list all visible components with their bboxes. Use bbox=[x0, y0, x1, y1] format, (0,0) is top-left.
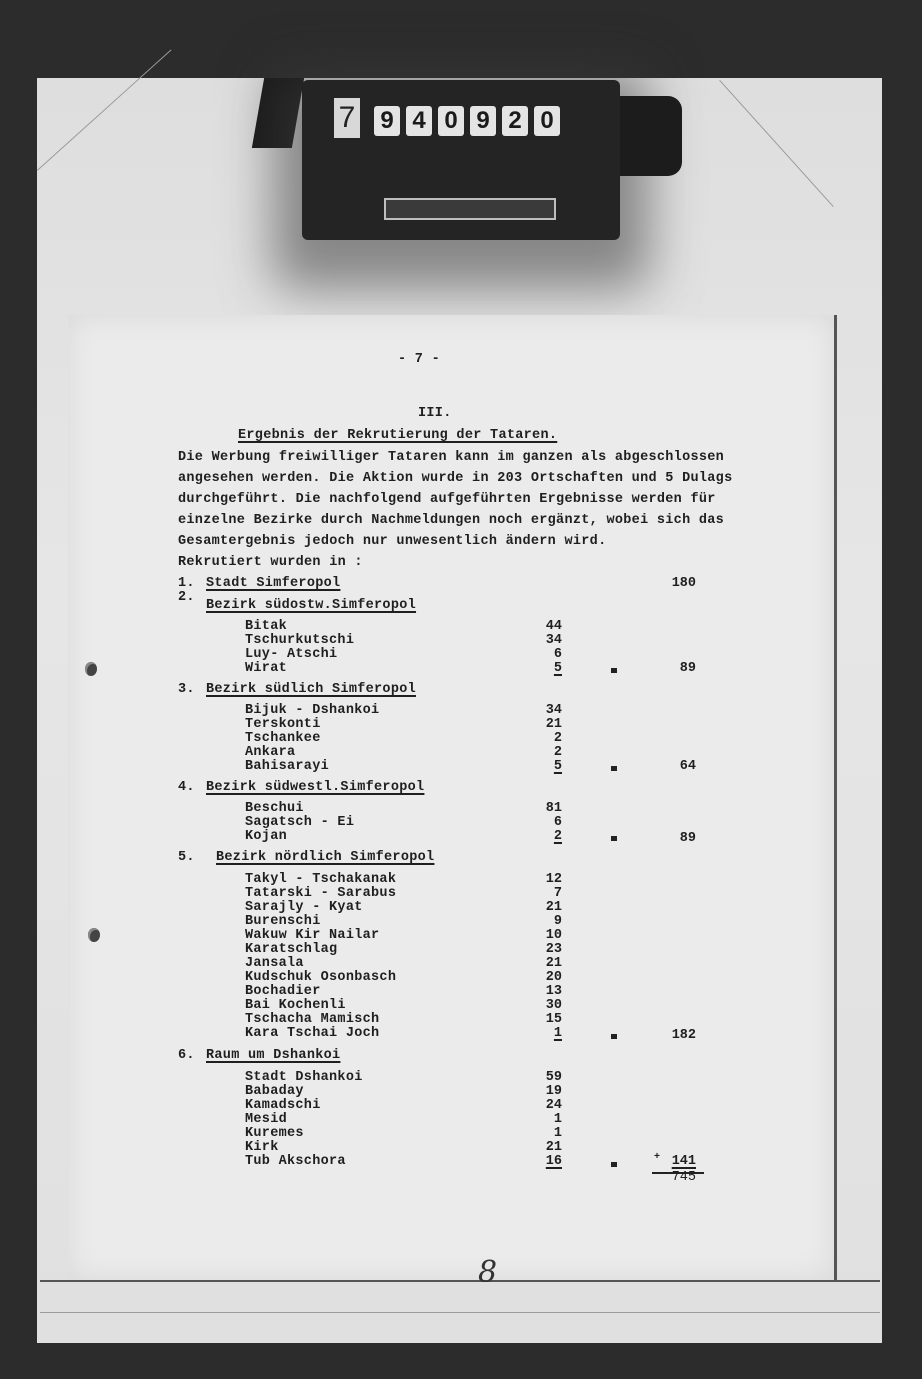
place-name: Terskonti bbox=[245, 717, 321, 732]
intro-line: Gesamtergebnis jedoch nur unwesentlich ä… bbox=[178, 534, 606, 549]
place-name: Takyl - Tschakanak bbox=[245, 872, 396, 887]
place-name: Karatschlag bbox=[245, 942, 337, 957]
place-count: 44 bbox=[522, 619, 562, 634]
place-count: 7 bbox=[522, 886, 562, 901]
place-name: Bai Kochenli bbox=[245, 998, 346, 1013]
section-number: III. bbox=[418, 406, 452, 421]
place-count: 2 bbox=[522, 829, 562, 844]
district-name: Bezirk südlich Simferopol bbox=[206, 682, 416, 697]
district-total: 89 bbox=[646, 661, 696, 676]
place-name: Burenschi bbox=[245, 914, 321, 929]
equals-dash bbox=[611, 668, 617, 673]
intro-line: angesehen werden. Die Aktion wurde in 20… bbox=[178, 471, 733, 486]
place-name: Kojan bbox=[245, 829, 287, 844]
place-count: 21 bbox=[522, 900, 562, 915]
district-total: 89 bbox=[646, 831, 696, 846]
place-count: 5 bbox=[522, 661, 562, 676]
place-name: Kuremes bbox=[245, 1126, 304, 1141]
place-count: 1 bbox=[522, 1126, 562, 1141]
place-name: Tschurkutschi bbox=[245, 633, 354, 648]
section-title: Ergebnis der Rekrutierung der Tataren. bbox=[238, 428, 557, 443]
place-name: Wirat bbox=[245, 661, 287, 676]
place-count: 6 bbox=[522, 647, 562, 662]
place-count: 59 bbox=[522, 1070, 562, 1085]
district-name: Bezirk nördlich Simferopol bbox=[216, 850, 434, 865]
intro-line: Die Werbung freiwilliger Tataren kann im… bbox=[178, 450, 724, 465]
place-count: 21 bbox=[522, 1140, 562, 1155]
place-name: Mesid bbox=[245, 1112, 287, 1127]
district-number: 5. bbox=[178, 850, 195, 865]
place-count: 5 bbox=[522, 759, 562, 774]
place-count: 10 bbox=[522, 928, 562, 943]
district-number: 6. bbox=[178, 1048, 195, 1063]
place-name: Sagatsch - Ei bbox=[245, 815, 354, 830]
equals-dash bbox=[611, 766, 617, 771]
place-name: Tschacha Mamisch bbox=[245, 1012, 379, 1027]
district-total: 182 bbox=[646, 1028, 696, 1043]
district-name: Bezirk südostw.Simferopol bbox=[206, 598, 416, 613]
district-number: 1. bbox=[178, 576, 195, 591]
place-name: Kara Tschai Joch bbox=[245, 1026, 379, 1041]
document-text: - 7 - III. Ergebnis der Rekrutierung der… bbox=[0, 0, 922, 1379]
place-name: Tub Akschora bbox=[245, 1154, 346, 1169]
place-name: Tschankee bbox=[245, 731, 321, 746]
place-count: 13 bbox=[522, 984, 562, 999]
place-count: 9 bbox=[522, 914, 562, 929]
place-count: 21 bbox=[522, 717, 562, 732]
place-name: Stadt Dshankoi bbox=[245, 1070, 363, 1085]
district-number: 2. bbox=[178, 590, 195, 605]
district-number: 3. bbox=[178, 682, 195, 697]
district-name: Stadt Simferopol bbox=[206, 576, 340, 591]
place-count: 6 bbox=[522, 815, 562, 830]
district-total: 141 bbox=[646, 1154, 696, 1169]
place-count: 21 bbox=[522, 956, 562, 971]
grand-total: 745 bbox=[646, 1170, 696, 1185]
equals-dash bbox=[611, 1162, 617, 1167]
place-name: Luy- Atschi bbox=[245, 647, 337, 662]
place-count: 12 bbox=[522, 872, 562, 887]
place-count: 24 bbox=[522, 1098, 562, 1113]
district-name: Bezirk südwestl.Simferopol bbox=[206, 780, 424, 795]
place-name: Sarajly - Kyat bbox=[245, 900, 363, 915]
place-count: 2 bbox=[522, 745, 562, 760]
place-count: 30 bbox=[522, 998, 562, 1013]
place-name: Beschui bbox=[245, 801, 304, 816]
equals-dash bbox=[611, 836, 617, 841]
place-count: 16 bbox=[522, 1154, 562, 1169]
district-total: 180 bbox=[646, 576, 696, 591]
place-count: 34 bbox=[522, 703, 562, 718]
page-number: - 7 - bbox=[398, 352, 440, 367]
place-name: Kudschuk Osonbasch bbox=[245, 970, 396, 985]
handwritten-page-mark: 8 bbox=[478, 1255, 497, 1290]
place-name: Bijuk - Dshankoi bbox=[245, 703, 379, 718]
equals-dash bbox=[611, 1034, 617, 1039]
place-name: Jansala bbox=[245, 956, 304, 971]
recruited-in-label: Rekrutiert wurden in : bbox=[178, 555, 363, 570]
place-count: 23 bbox=[522, 942, 562, 957]
place-count: 2 bbox=[522, 731, 562, 746]
place-count: 1 bbox=[522, 1026, 562, 1041]
place-count: 81 bbox=[522, 801, 562, 816]
place-name: Bitak bbox=[245, 619, 287, 634]
intro-line: einzelne Bezirke durch Nachmeldungen noc… bbox=[178, 513, 724, 528]
district-total: 64 bbox=[646, 759, 696, 774]
place-name: Bahisarayi bbox=[245, 759, 329, 774]
place-name: Ankara bbox=[245, 745, 295, 760]
place-count: 15 bbox=[522, 1012, 562, 1027]
place-name: Kirk bbox=[245, 1140, 279, 1155]
place-name: Babaday bbox=[245, 1084, 304, 1099]
place-name: Wakuw Kir Nailar bbox=[245, 928, 379, 943]
intro-line: durchgeführt. Die nachfolgend aufgeführt… bbox=[178, 492, 716, 507]
place-name: Tatarski - Sarabus bbox=[245, 886, 396, 901]
place-count: 1 bbox=[522, 1112, 562, 1127]
district-number: 4. bbox=[178, 780, 195, 795]
district-name: Raum um Dshankoi bbox=[206, 1048, 340, 1063]
place-name: Bochadier bbox=[245, 984, 321, 999]
place-name: Kamadschi bbox=[245, 1098, 321, 1113]
place-count: 34 bbox=[522, 633, 562, 648]
place-count: 20 bbox=[522, 970, 562, 985]
place-count: 19 bbox=[522, 1084, 562, 1099]
